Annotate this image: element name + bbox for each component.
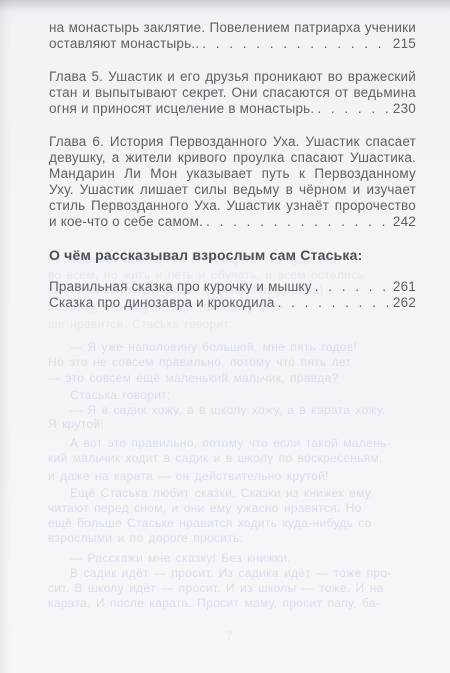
toc-entries: на монастырь заклятие. Повелением патриа… xyxy=(49,20,416,230)
showthrough-line: — Я в садик хожу, а в школу хожу, а в ка… xyxy=(48,403,417,417)
toc-entry-tail-line: огня и приносят исцеление в монастырь.. … xyxy=(49,101,416,117)
toc-item-title: Сказка про динозавра и крокодила xyxy=(49,295,275,311)
dot-leader: . . . . . . . . . . . . . . . xyxy=(278,295,390,311)
dot-leader: . . . . . . . . . . . . . . . . . . . . … xyxy=(206,214,390,230)
showthrough-line: Ещё Стаська любит сказки. Сказки из книж… xyxy=(48,486,417,500)
toc-entry-text: оставляют монастырь.. xyxy=(49,36,199,52)
toc-entry-line: на монастырь заклятие. Повелением патриа… xyxy=(49,20,416,36)
dot-leader: . . . . . . . . . . . . . . . . . . . . … xyxy=(202,36,390,52)
page-number: 261 xyxy=(393,279,416,295)
toc-entry-line: Глава 6. История Первозданного Уха. Ушас… xyxy=(49,134,416,150)
showthrough-line: — Я уже наполовину большой, мне пять год… xyxy=(48,340,417,354)
showthrough-line: карата. И после карата. Просит маму, про… xyxy=(48,596,417,610)
toc-entry-line: стиль Первозданного Уха. Ушастик узнаёт … xyxy=(49,198,416,214)
toc-entry-line: девушку, а жители кривого проулка спасаю… xyxy=(49,150,416,166)
toc-item-title: Правильная сказка про курочку и мышку xyxy=(49,279,312,295)
toc-entry-tail-line: и кое-что о себе самом.. . . . . . . . .… xyxy=(49,214,416,230)
showthrough-line: В садик идёт — просит. Из садика идёт — … xyxy=(48,566,417,580)
showthrough-line: Стаська говорит: xyxy=(48,388,417,402)
toc-entry-line: Глава 5. Ушастик и его друзья проникают … xyxy=(49,69,416,85)
toc-items: Правильная сказка про курочку и мышку. .… xyxy=(49,279,416,311)
toc-entry-line: Мандарин Ли Мон указывает путь к Первозд… xyxy=(49,166,416,182)
showthrough-line: читают перед сном, и они ему ужасно нрав… xyxy=(48,501,417,515)
toc-entry: Глава 5. Ушастик и его друзья проникают … xyxy=(49,69,416,117)
showthrough-line: сит. В школу идёт — просит. И из школы —… xyxy=(48,581,417,595)
showthrough-line: взрослыми и по дороге просить: xyxy=(48,531,417,545)
section-heading: О чём рассказывал взрослым сам Стаська: xyxy=(49,247,416,263)
showthrough-page-number: 7 xyxy=(226,629,233,643)
toc-item: Сказка про динозавра и крокодила. . . . … xyxy=(49,295,416,311)
toc-entry: на монастырь заклятие. Повелением патриа… xyxy=(49,20,416,52)
showthrough-line: — Расскажи мне сказку! Без книжки. xyxy=(48,551,417,565)
showthrough-line: ещё больше Стаське нравится ходить куда-… xyxy=(48,516,417,530)
toc-entry: Глава 6. История Первозданного Уха. Ушас… xyxy=(49,134,416,230)
toc-entry-text: огня и приносят исцеление в монастырь. xyxy=(49,101,314,117)
showthrough-line: Я крутой! xyxy=(48,417,417,431)
toc-entry-text: и кое-что о себе самом. xyxy=(49,214,203,230)
page-number: 242 xyxy=(393,214,416,230)
book-page: не мешало. Вообще-то он говорит, что чуд… xyxy=(0,0,450,673)
page-number: 230 xyxy=(393,101,416,117)
dot-leader: . . . . . . . . . . . . xyxy=(317,101,390,117)
showthrough-line: кий мальчик ходит в садик и в школу по в… xyxy=(48,451,417,465)
toc-item: Правильная сказка про курочку и мышку. .… xyxy=(49,279,416,295)
page-number: 215 xyxy=(393,36,416,52)
page-number: 262 xyxy=(393,295,416,311)
toc-entry-line: Уху. Ушастик лишает силы ведьму в чёрном… xyxy=(49,182,416,198)
toc-entry-tail-line: оставляют монастырь... . . . . . . . . .… xyxy=(49,36,416,52)
dot-leader: . . . . . . . . . . xyxy=(315,279,390,295)
showthrough-line: Но это не совсем правильно, потому что п… xyxy=(48,355,417,369)
showthrough-line: ше нравится. Стаська говорит: xyxy=(48,317,417,331)
toc-content: на монастырь заклятие. Повелением патриа… xyxy=(49,20,416,311)
toc-entry-line: стан и выпытывают секрет. Они спасаются … xyxy=(49,85,416,101)
showthrough-line: и даже на карата — он действительно крут… xyxy=(48,469,417,483)
showthrough-line: — это совсем ещё маленький мальчик, прав… xyxy=(48,371,417,385)
showthrough-line: А вот это правильно, потому что если так… xyxy=(48,436,417,450)
